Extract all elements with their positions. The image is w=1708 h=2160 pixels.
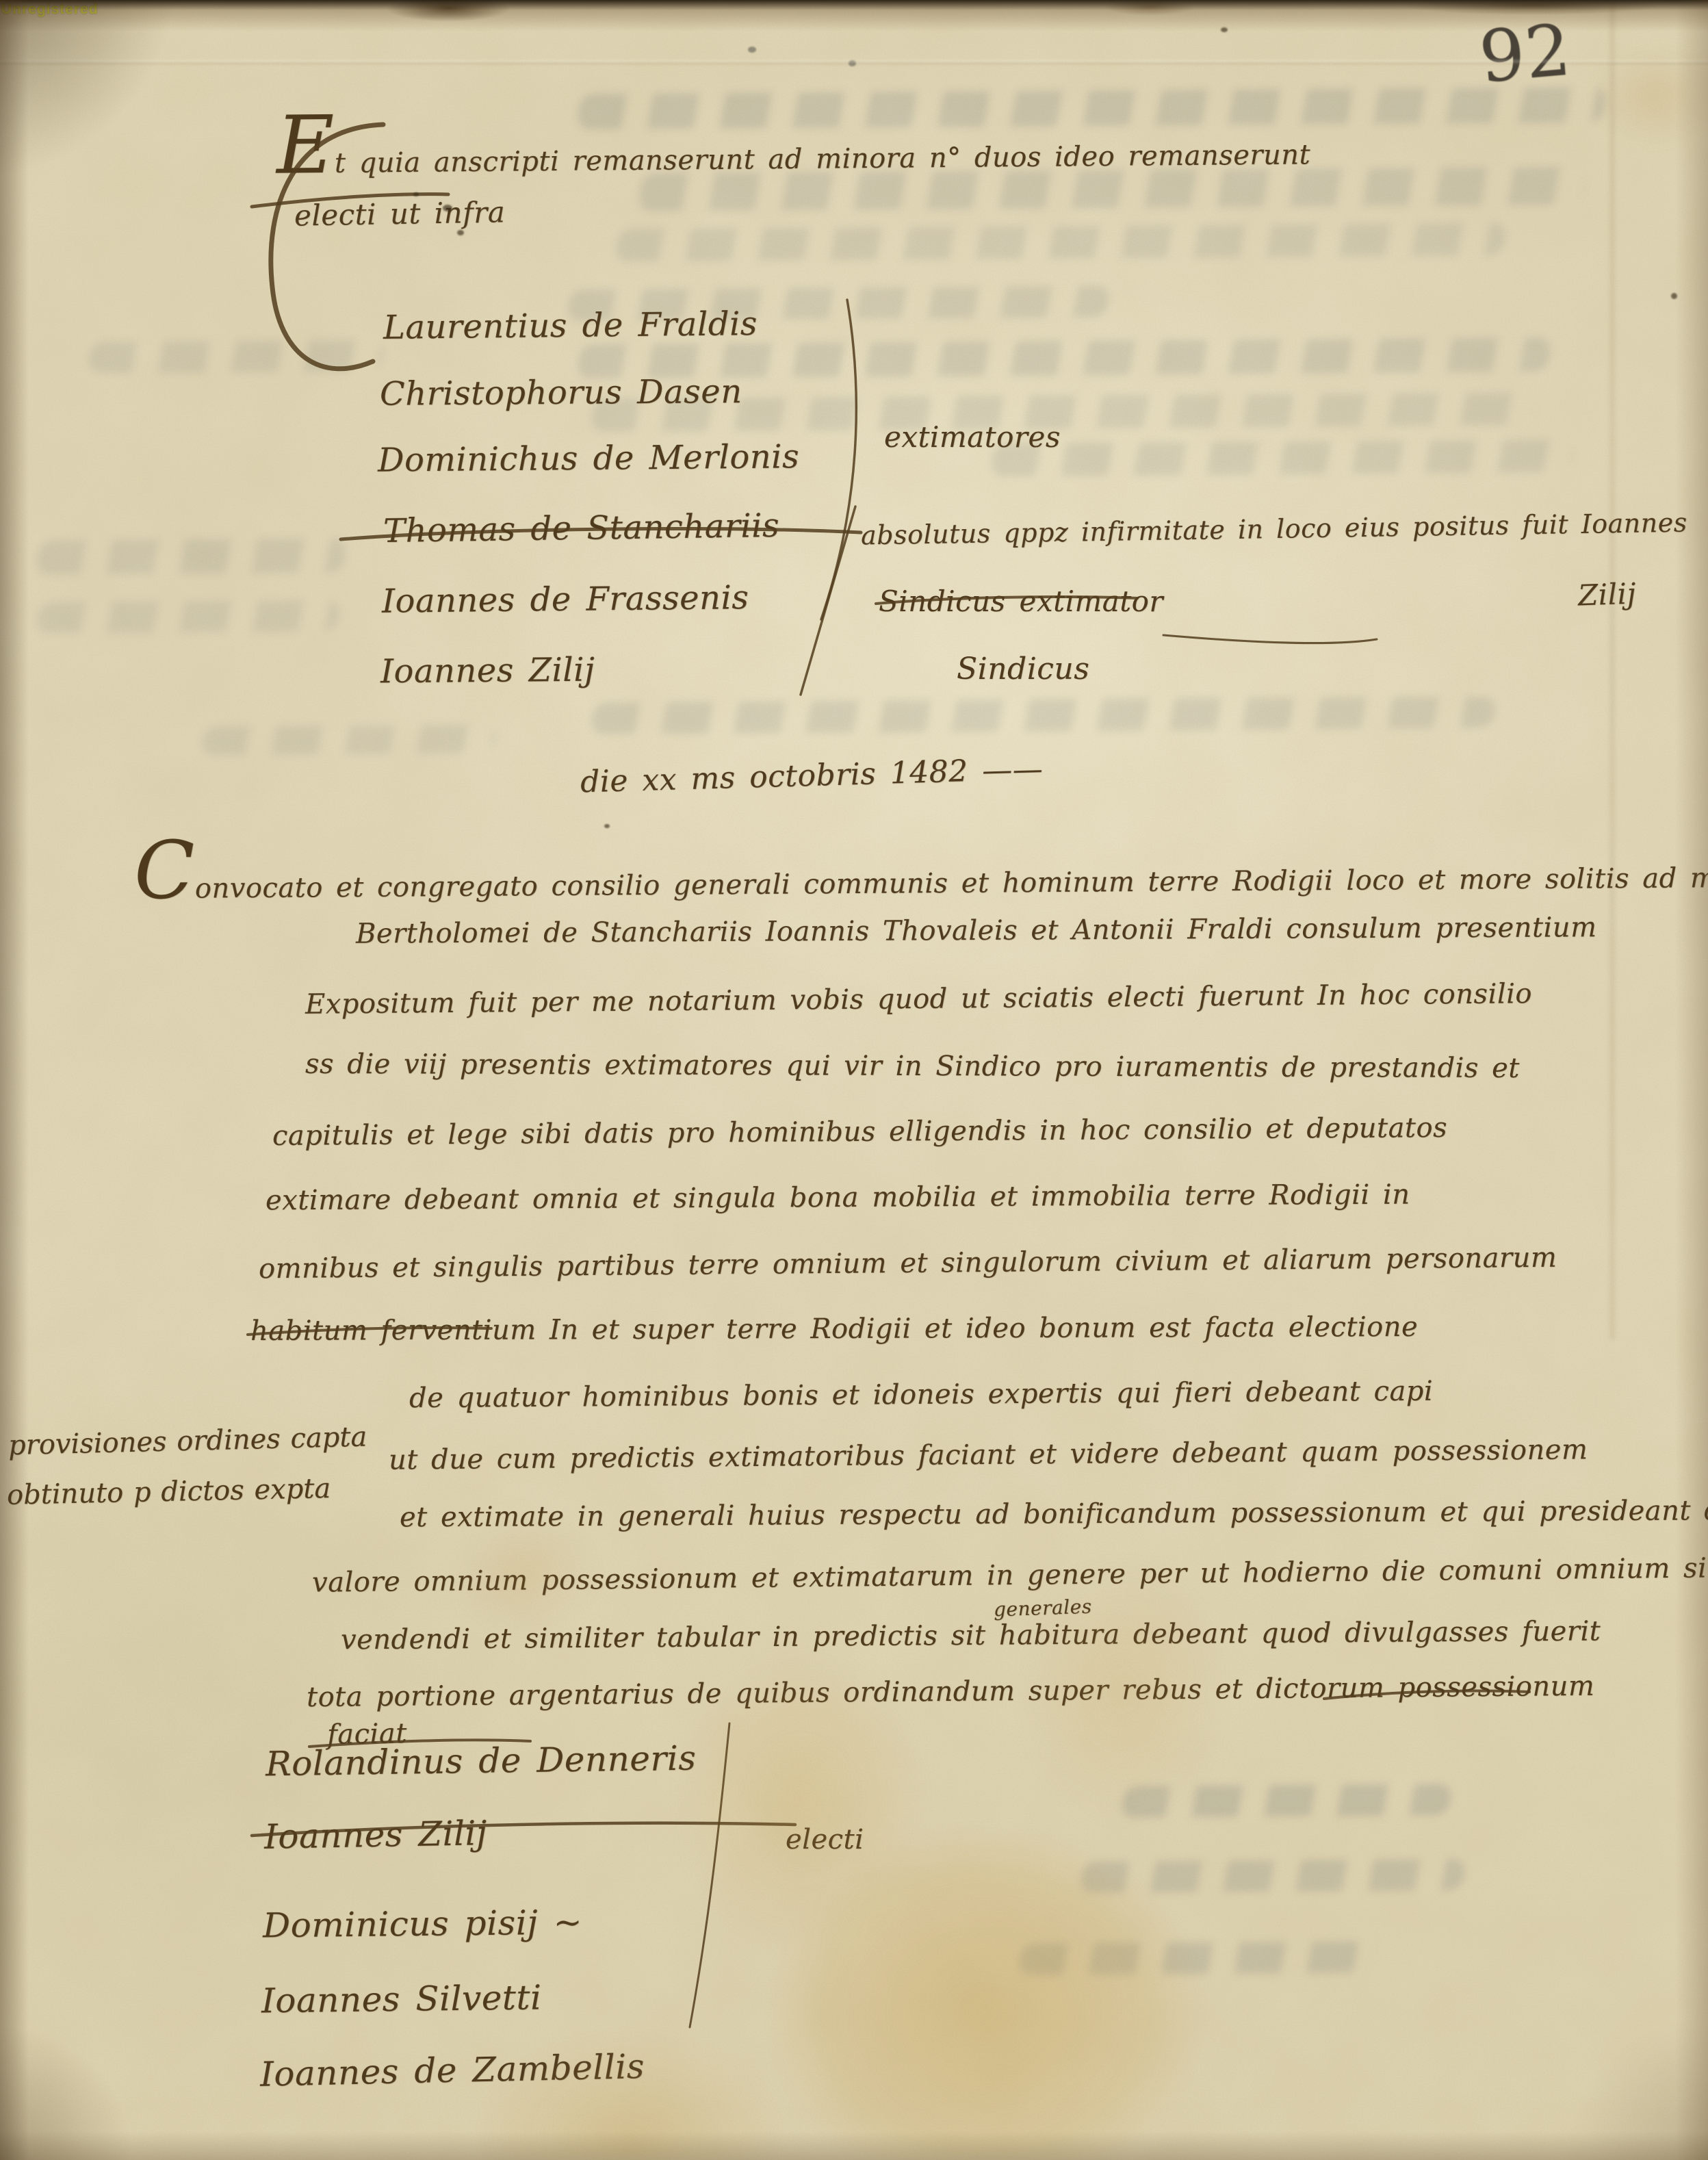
paragraph-line: capitulis et lege sibi datis pro hominib… (272, 1114, 1447, 1150)
electus-name-struck: Ioannes Zilij (264, 1816, 488, 1854)
bleedthrough-text-ghost (200, 724, 498, 755)
ink-speck (748, 47, 756, 53)
ink-speck (1671, 293, 1677, 299)
horizontal-crease (0, 59, 1708, 65)
electus-name: Ioannes de Zambellis (260, 2049, 645, 2092)
extimator-name-struck: Thomas de Stanchariis (383, 509, 780, 548)
bleedthrough-text-ghost (590, 696, 1497, 734)
extimator-name: Ioannes de Frassenis (382, 581, 749, 618)
heading-line-1: Et quia anscripti remanserunt ad minora … (276, 117, 1311, 177)
paragraph-line: ss die viij presentis extimatores qui vi… (305, 1051, 1520, 1082)
ink-speck (604, 824, 610, 828)
bleedthrough-text-ghost (1018, 1941, 1384, 1975)
annotation-tail-line (1163, 635, 1377, 643)
paragraph-line: et extimate in generali huius respectu a… (400, 1497, 1708, 1532)
paragraph-line: tota portione argentarius de quibus ordi… (307, 1673, 1595, 1711)
sindicus-extimator-annotation: Sindicus extimator (879, 587, 1163, 616)
paragraph-line: habitum ferventium In et super terre Rod… (250, 1313, 1418, 1345)
extimator-name: Laurentius de Fraldis (383, 307, 758, 344)
bleedthrough-text-ghost (990, 439, 1576, 476)
extimator-name: Ioannes Zilij (380, 654, 595, 689)
margin-note-line-1: provisiones ordines capta (8, 1424, 367, 1460)
manuscript-page: Unregistered 92 Et quia anscripti remans… (0, 0, 1708, 2160)
electi-bracket-label: electi (786, 1826, 864, 1853)
bleedthrough-text-ghost (1120, 1784, 1452, 1817)
absolutus-annotation-continued: Zilij (1577, 580, 1636, 610)
electus-name: Dominicus pisij ~ (263, 1905, 582, 1943)
extimator-name: Dominichus de Merlonis (378, 440, 800, 476)
paragraph-line: extimare debeant omnia et singula bona m… (266, 1181, 1410, 1215)
paragraph-line: vendendi et similiter tabular in predict… (341, 1618, 1601, 1654)
bleedthrough-text-ghost (87, 339, 385, 373)
ink-speck (1221, 27, 1228, 32)
paragraph-line: omnibus et singulis partibus terre omniu… (259, 1244, 1557, 1283)
vertical-crease (1608, 0, 1616, 1339)
ink-speck (443, 205, 452, 211)
interlinear-insertion: generales (994, 1597, 1092, 1620)
ink-speck (457, 230, 464, 235)
extimator-name: Christophorus Dasen (380, 375, 742, 411)
date-line: die xx ms octobris 1482 —— (580, 755, 1044, 798)
heading-line-2: electi ut infra (294, 198, 506, 230)
paragraph-line: Bertholomei de Stanchariis Ioannis Thova… (356, 914, 1597, 947)
paragraph-line: valore omnium possessionum et extimataru… (312, 1554, 1708, 1597)
folio-number: 92 (1477, 14, 1574, 92)
bleedthrough-text-ghost (614, 222, 1508, 261)
divider-slash (801, 506, 855, 695)
scanner-watermark: Unregistered (1, 1, 99, 18)
sindicus-annotation: Sindicus (957, 654, 1089, 684)
bleedthrough-text-ghost (1079, 1859, 1466, 1893)
extimatores-bracket-label: extimatores (884, 423, 1061, 452)
paragraph-line: Convocato et congregato consilio general… (134, 840, 1708, 903)
paragraph-line: de quatuor hominibus bonis et idoneis ex… (409, 1378, 1433, 1412)
electus-name: Rolandinus de Denneris (266, 1741, 697, 1782)
paragraph-line: Expositum fuit per me notarium vobis quo… (305, 980, 1532, 1018)
ink-speck (413, 192, 419, 196)
paragraph-line: ut due cum predictis extimatoribus facia… (389, 1436, 1588, 1474)
margin-note-line-2: obtinuto p dictos expta (7, 1475, 331, 1509)
absolutus-annotation: absolutus qppz infirmitate in loco eius … (861, 510, 1687, 549)
bleedthrough-text-ghost (36, 538, 348, 574)
top-edge-marks (0, 0, 1708, 48)
electus-name: Ioannes Silvetti (261, 1981, 542, 2018)
bleedthrough-text-ghost (36, 600, 340, 633)
